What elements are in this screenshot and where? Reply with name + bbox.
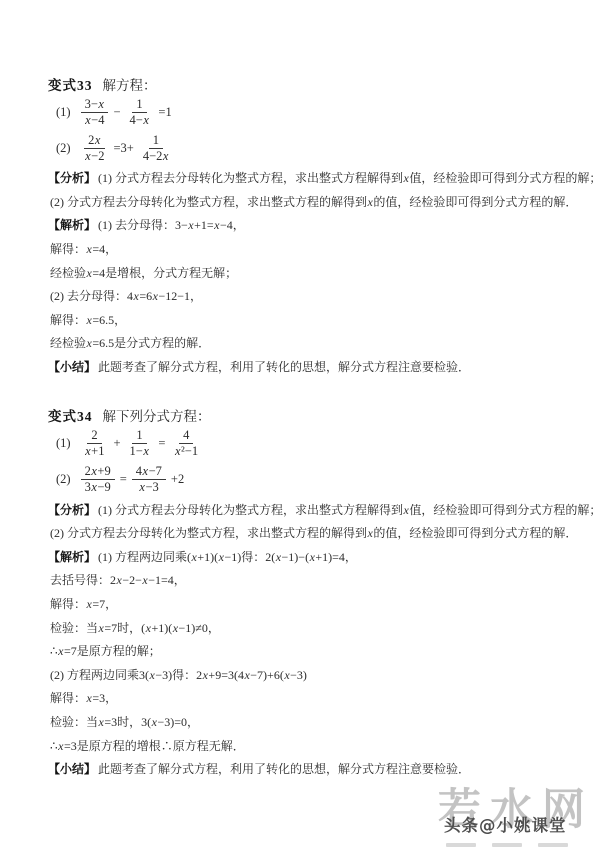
equation-line: (2) 2xx−2=3+14−2x (48, 130, 574, 166)
line-text: (1) 分式方程去分母转化为整式方程，求出整式方程解得到x值，经检验即可得到分式… (98, 501, 600, 518)
solution-line: ∴x=3是原方程的增根∴原方程无解． (48, 733, 574, 757)
analysis-line: 【分析】(1) 分式方程去分母转化为整式方程，求出整式方程解得到x值，经检验即可… (48, 497, 574, 521)
fraction: 3−xx−4 (81, 97, 109, 128)
line-text: 此题考查了解分式方程，利用了转化的思想，解分式方程注意要检验． (98, 358, 470, 375)
watermark-subtext-bar (446, 843, 476, 847)
line-text: (1) 方程两边同乘(x+1)(x−1)得：2(x−1)−(x+1)=4， (98, 548, 357, 565)
watermark-area: 若水网 头条@小姚课堂 (428, 783, 598, 849)
fraction: 2xx−2 (81, 133, 109, 164)
analysis-line: (2) 分式方程去分母转化为整式方程，求出整式方程的解得到x的值，经检验即可得到… (48, 521, 574, 545)
solution-line: (2) 去分母得：4x=6x−12−1， (48, 284, 574, 308)
solution-line: 解得：x=4， (48, 237, 574, 261)
solution-line: 解得：x=3， (48, 686, 574, 710)
problem-number: 变式34 (48, 405, 93, 425)
line-text: ∴x=3是原方程的增根∴原方程无解． (50, 737, 245, 754)
line-text: ∴x=7是原方程的解； (50, 642, 161, 659)
problem-section-33: 变式33 解方程： (1) 3−xx−4−14−x=1 (2) 2xx−2=3+… (48, 74, 574, 378)
equation-label: (2) (56, 472, 71, 487)
watermark-social-handle: 头条@小姚课堂 (444, 812, 567, 836)
solution-line: ∴x=7是原方程的解； (48, 639, 574, 663)
line-text: (1) 分式方程去分母转化为整式方程，求出整式方程解得到x值，经检验即可得到分式… (98, 169, 600, 186)
equation-line: (1) 3−xx−4−14−x=1 (48, 94, 574, 130)
line-text: (2) 分式方程去分母转化为整式方程，求出整式方程的解得到x的值，经检验即可得到… (50, 524, 577, 541)
solution-line: 【解析】(1) 方程两边同乘(x+1)(x−1)得：2(x−1)−(x+1)=4… (48, 545, 574, 569)
section-tag: 【解析】 (48, 548, 96, 565)
line-text: 去括号得：2x−2−x−1=4， (50, 571, 186, 588)
line-text: (2) 分式方程去分母转化为整式方程，求出整式方程的解得到x的值，经检验即可得到… (50, 193, 577, 210)
equation-body: 3−xx−4−14−x=1 (81, 97, 172, 128)
equation-body: 2x+93x−9=4x−7x−3+2 (81, 464, 185, 495)
problem-instruction: 解下列分式方程： (103, 405, 211, 425)
watermark-subtext (446, 843, 568, 847)
analysis-line: 【分析】(1) 分式方程去分母转化为整式方程，求出整式方程解得到x值，经检验即可… (48, 166, 574, 190)
watermark-subtext-bar (492, 843, 522, 847)
equation-operator: =3+ (113, 141, 133, 156)
fraction: 2x+1 (81, 428, 109, 459)
section-tag: 【分析】 (48, 169, 96, 186)
fraction: 4x−7x−3 (132, 464, 166, 495)
solution-line: 解得：x=7， (48, 592, 574, 616)
equation-operator: =1 (158, 105, 171, 120)
section-tag: 【解析】 (48, 216, 96, 233)
section-tag: 【小结】 (48, 760, 96, 777)
solution-line: 经检验x=6.5是分式方程的解． (48, 331, 574, 355)
line-text: 解得：x=3， (50, 689, 117, 706)
solution-line: 【解析】(1) 去分母得：3−x+1=x−4， (48, 213, 574, 237)
line-text: 检验：当x=3时，3(x−3)=0， (50, 713, 199, 730)
equation-operator: +2 (171, 472, 184, 487)
line-text: 解得：x=7， (50, 595, 117, 612)
line-text: 此题考查了解分式方程，利用了转化的思想，解分式方程注意要检验． (98, 760, 470, 777)
document-page: 变式33 解方程： (1) 3−xx−4−14−x=1 (2) 2xx−2=3+… (0, 0, 600, 849)
line-text: (1) 去分母得：3−x+1=x−4， (98, 216, 245, 233)
equation-operator: + (113, 436, 120, 451)
line-text: 经检验x=4是增根，分式方程无解； (50, 264, 237, 281)
summary-line: 【小结】此题考查了解分式方程，利用了转化的思想，解分式方程注意要检验． (48, 355, 574, 379)
problem-title: 变式33 解方程： (48, 74, 574, 94)
equation-label: (1) (56, 105, 71, 120)
solution-line: 解得：x=6.5， (48, 308, 574, 332)
equation-operator: − (113, 105, 120, 120)
solution-line: 检验：当x=7时，(x+1)(x−1)≠0， (48, 615, 574, 639)
section-tag: 【分析】 (48, 501, 96, 518)
problem-title: 变式34 解下列分式方程： (48, 405, 574, 425)
equation-operator: = (120, 472, 127, 487)
problem-section-34: 变式34 解下列分式方程： (1) 2x+1+11−x=4x²−1 (2) 2x… (48, 405, 574, 780)
line-text: 解得：x=4， (50, 240, 117, 257)
problem-instruction: 解方程： (103, 74, 157, 94)
solution-line: 去括号得：2x−2−x−1=4， (48, 568, 574, 592)
analysis-line: (2) 分式方程去分母转化为整式方程，求出整式方程的解得到x的值，经检验即可得到… (48, 190, 574, 214)
equation-line: (1) 2x+1+11−x=4x²−1 (48, 425, 574, 461)
solution-line: 经检验x=4是增根，分式方程无解； (48, 260, 574, 284)
line-text: 经检验x=6.5是分式方程的解． (50, 334, 210, 351)
solution-line: (2) 方程两边同乘3(x−3)得：2x+9=3(4x−7)+6(x−3) (48, 663, 574, 687)
line-text: (2) 去分母得：4x=6x−12−1， (50, 287, 202, 304)
equation-label: (2) (56, 141, 71, 156)
line-text: 检验：当x=7时，(x+1)(x−1)≠0， (50, 619, 220, 636)
section-tag: 【小结】 (48, 358, 96, 375)
problem-number: 变式33 (48, 74, 93, 94)
fraction: 11−x (126, 428, 154, 459)
equation-body: 2xx−2=3+14−2x (81, 133, 173, 164)
fraction: 14−2x (139, 133, 173, 164)
equation-line: (2) 2x+93x−9=4x−7x−3+2 (48, 461, 574, 497)
line-text: (2) 方程两边同乘3(x−3)得：2x+9=3(4x−7)+6(x−3) (50, 666, 307, 683)
summary-line: 【小结】此题考查了解分式方程，利用了转化的思想，解分式方程注意要检验． (48, 757, 574, 781)
fraction: 14−x (126, 97, 154, 128)
fraction: 2x+93x−9 (81, 464, 115, 495)
equation-operator: = (158, 436, 165, 451)
fraction: 4x²−1 (170, 428, 202, 459)
watermark-subtext-bar (538, 843, 568, 847)
solution-line: 检验：当x=3时，3(x−3)=0， (48, 710, 574, 734)
equation-body: 2x+1+11−x=4x²−1 (81, 428, 203, 459)
equation-label: (1) (56, 436, 71, 451)
line-text: 解得：x=6.5， (50, 311, 126, 328)
document-content: 变式33 解方程： (1) 3−xx−4−14−x=1 (2) 2xx−2=3+… (0, 0, 600, 780)
